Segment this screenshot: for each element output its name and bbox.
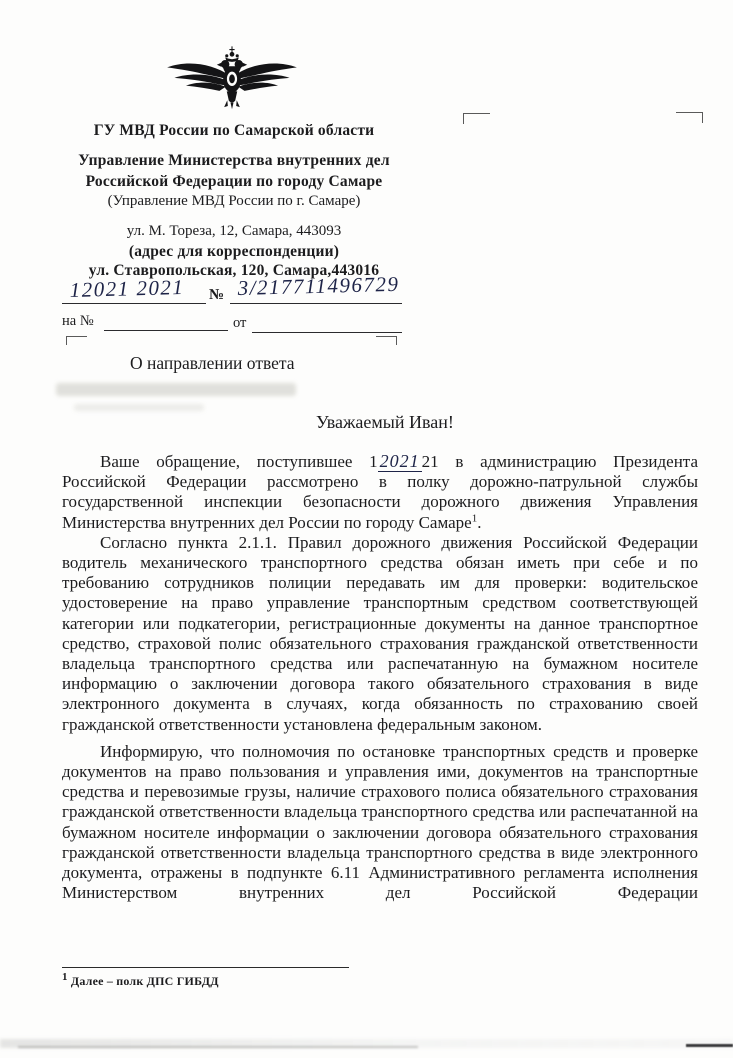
- paragraph-1: Ваше обращение, поступившее 1202121 в ад…: [62, 451, 698, 533]
- scanned-letter-page: ГУ МВД России по Самарской области Управ…: [0, 0, 733, 1058]
- org-name-region: ГУ МВД России по Самарской области: [38, 122, 430, 140]
- salutation: Уважаемый Иван!: [316, 412, 454, 433]
- handwritten-outgoing-number: 3/217711496729: [237, 272, 399, 301]
- org-name-short: (Управление МВД России по г. Самаре): [38, 193, 430, 210]
- addressee-zone-corner-left-icon: [463, 113, 490, 124]
- paragraph-2: Согласно пункта 2.1.1. Правил дорожного …: [62, 533, 698, 735]
- mvd-double-headed-eagle-icon: [164, 44, 300, 120]
- footnote: 1 Далее – полк ДПС ГИБДД: [62, 974, 219, 989]
- scan-edge-mark-right: [686, 1044, 733, 1047]
- date-underline: [62, 303, 206, 304]
- number-underline: [230, 303, 402, 304]
- org-name-line1: Управление Министерства внутренних дел: [38, 152, 430, 170]
- subject-line: О направлении ответа: [130, 353, 295, 374]
- address-note: (адрес для корреспонденции): [38, 243, 430, 261]
- scan-edge-smudge-left: [18, 1046, 418, 1048]
- handwritten-date: 12021 2021: [69, 275, 184, 303]
- p1-period: .: [477, 513, 481, 532]
- addressee-zone-corner-right-icon: [676, 112, 703, 123]
- letter-body: Ваше обращение, поступившее 1202121 в ад…: [62, 451, 698, 903]
- subject-zone-corner-right-icon: [376, 336, 397, 345]
- in-reply-to-label: на №: [62, 313, 94, 330]
- footnote-text: Далее – полк ДПС ГИБДД: [71, 974, 219, 988]
- org-name-line2: Российской Федерации по городу Самаре: [38, 173, 430, 191]
- in-reply-to-underline: [104, 330, 228, 331]
- subject-zone-corner-left-icon: [66, 336, 87, 345]
- p1-text-before-date: Ваше обращение, поступившее 1: [100, 452, 378, 471]
- footnote-divider: [62, 967, 349, 968]
- number-sign-label: №: [209, 287, 224, 304]
- p1-handwritten-date: 2021: [378, 451, 422, 472]
- faded-redacted-text: [56, 383, 296, 396]
- paragraph-3: Информирую, что полномочия по остановке …: [62, 742, 698, 904]
- from-underline: [252, 332, 402, 333]
- from-label: от: [233, 315, 246, 332]
- faded-redacted-text: [74, 404, 204, 411]
- address-street: ул. М. Тореза, 12, Самара, 443093: [38, 223, 430, 240]
- footnote-mark: 1: [62, 971, 68, 983]
